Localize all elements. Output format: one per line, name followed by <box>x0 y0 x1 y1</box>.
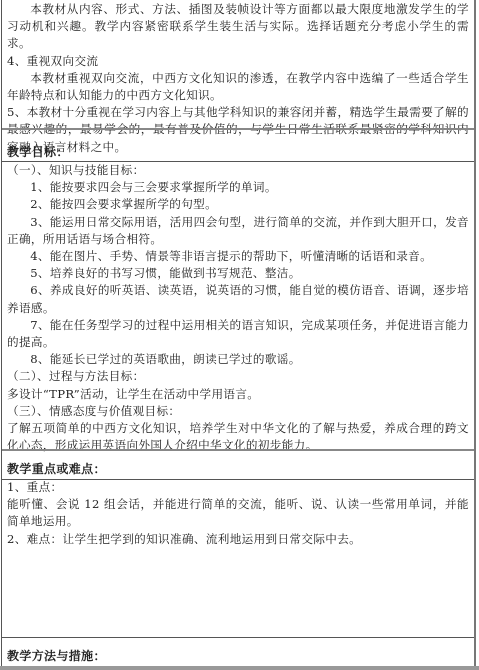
item4-body: 本教材重视双向交流，中西方文化知识的渗透，在教学内容中选编了一些适合学生年龄特点… <box>7 70 469 104</box>
emotion-title: （三）、情感态度与价值观目标： <box>7 403 469 420</box>
knowledge-item: 5、培养良好的书写习惯，能做到书写规范、整洁。 <box>7 265 469 282</box>
knowledge-item: 7、能在任务型学习的过程中运用相关的语言知识，完成某项任务，并促进语言能力的提高… <box>7 317 469 351</box>
keypoints-heading: 教学重点或难点： <box>7 461 469 478</box>
knowledge-item: 1、能按要求四会与三会要求掌握所学的单词。 <box>7 179 469 196</box>
keypoints-heading-cell: 教学重点或难点： <box>2 461 474 478</box>
knowledge-item: 3、能运用日常交际用语，活用四会句型，进行简单的交流，并作到大胆开口，发音正确，… <box>7 214 469 248</box>
knowledge-item: 2、能按四会要求掌握所学的句型。 <box>7 196 469 213</box>
knowledge-title: （一）、知识与技能目标： <box>7 162 469 179</box>
objectives-cell: （一）、知识与技能目标： 1、能按要求四会与三会要求掌握所学的单词。 2、能按四… <box>2 162 474 454</box>
document-table: 本教材从内容、形式、方法、插图及装帧设计等方面都以最大限度地激发学生的学习动机和… <box>1 0 476 670</box>
page-bottom-edge <box>0 666 479 670</box>
focus-title: 1、重点： <box>7 479 469 496</box>
row-divider <box>2 128 474 130</box>
objectives-heading-cell: 教学目标： <box>2 144 474 161</box>
knowledge-item: 8、能延长已学过的英语歌曲，朗读已学过的歌谣。 <box>7 351 469 368</box>
intro-cell: 本教材从内容、形式、方法、插图及装帧设计等方面都以最大限度地激发学生的学习动机和… <box>2 1 474 156</box>
methods-heading-cell: 教学方法与措施： <box>2 648 474 665</box>
row-divider <box>2 637 474 638</box>
process-body: 多设计“TPR”活动，让学生在活动中学用语言。 <box>7 386 469 403</box>
knowledge-item: 6、养成良好的听英语、读英语，说英语的习惯，能自觉的模仿语音、语调，逐步培养语感… <box>7 282 469 316</box>
keypoints-cell: 1、重点： 能听懂、会说 12 组会话，并能进行简单的交流，能听、说、认读一些常… <box>2 479 474 548</box>
objectives-heading: 教学目标： <box>7 144 469 161</box>
knowledge-item: 4、能在图片、手势、情景等非语言提示的帮助下，听懂清晰的话语和录音。 <box>7 248 469 265</box>
row-divider <box>2 449 474 451</box>
focus-body: 能听懂、会说 12 组会话，并能进行简单的交流，能听、说、认读一些常用单词，并能… <box>7 496 469 530</box>
item4-title: 4、重视双向交流 <box>7 53 469 70</box>
process-title: （二）、过程与方法目标： <box>7 368 469 385</box>
difficulty: 2、难点：让学生把学到的知识准确、流利地运用到日常交际中去。 <box>7 531 469 548</box>
intro-paragraph: 本教材从内容、形式、方法、插图及装帧设计等方面都以最大限度地激发学生的学习动机和… <box>7 1 469 53</box>
methods-heading: 教学方法与措施： <box>7 648 469 665</box>
